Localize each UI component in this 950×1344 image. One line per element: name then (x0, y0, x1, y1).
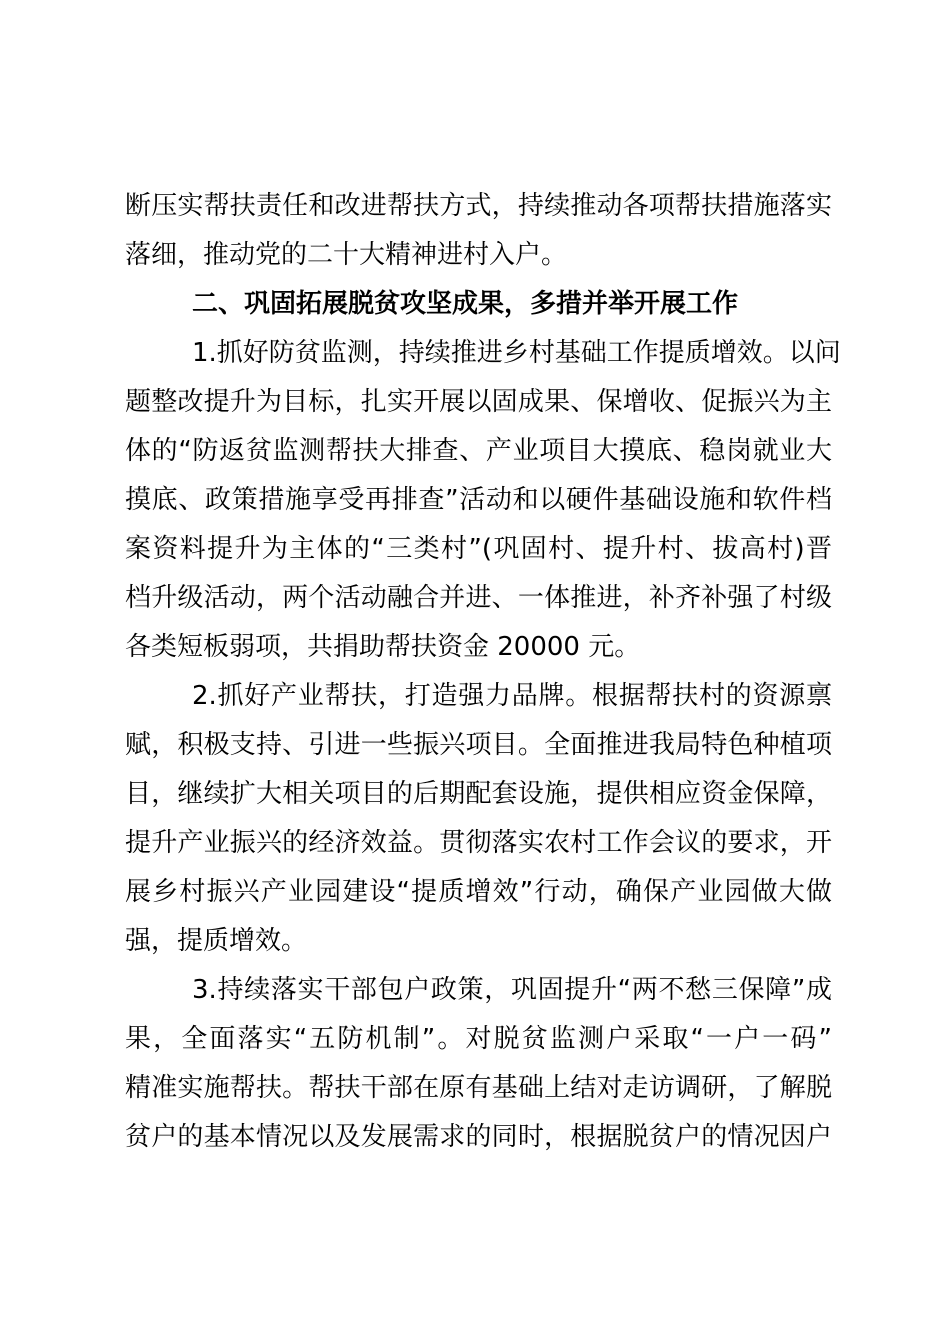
paragraph-item-3: 3.持续落实干部包户政策，巩固提升“两不愁三保障”成 果，全面落实“五防机制”。… (125, 966, 832, 1162)
text-line: 贫户的基本情况以及发展需求的同时，根据脱贫户的情况因户 (125, 1113, 832, 1162)
text-line: 3.持续落实干部包户政策，巩固提升“两不愁三保障”成 (125, 966, 832, 1015)
text-line: 档升级活动，两个活动融合并进、一体推进，补齐补强了村级 (125, 574, 832, 623)
text-line: 落细，推动党的二十大精神进村入户。 (125, 231, 832, 280)
text-line: 赋，积极支持、引进一些振兴项目。全面推进我局特色种植项 (125, 721, 832, 770)
text-line: 案资料提升为主体的“三类村”(巩固村、提升村、拔高村)晋 (125, 525, 832, 574)
section-heading: 二、巩固拓展脱贫攻坚成果，多措并举开展工作 (125, 280, 832, 329)
document-body: 断压实帮扶责任和改进帮扶方式，持续推动各项帮扶措施落实 落细，推动党的二十大精神… (125, 182, 832, 1162)
text-line: 2.抓好产业帮扶，打造强力品牌。根据帮扶村的资源禀 (125, 672, 832, 721)
paragraph-item-2: 2.抓好产业帮扶，打造强力品牌。根据帮扶村的资源禀 赋，积极支持、引进一些振兴项… (125, 672, 832, 966)
text-line: 强，提质增效。 (125, 917, 832, 966)
text-line: 1.抓好防贫监测，持续推进乡村基础工作提质增效。以问 (125, 329, 832, 378)
text-line: 体的“防返贫监测帮扶大排查、产业项目大摸底、稳岗就业大 (125, 427, 832, 476)
text-line: 题整改提升为目标，扎实开展以固成果、保增收、促振兴为主 (125, 378, 832, 427)
paragraph-item-1: 1.抓好防贫监测，持续推进乡村基础工作提质增效。以问 题整改提升为目标，扎实开展… (125, 329, 832, 672)
text-line: 摸底、政策措施享受再排查”活动和以硬件基础设施和软件档 (125, 476, 832, 525)
document-page: 断压实帮扶责任和改进帮扶方式，持续推动各项帮扶措施落实 落细，推动党的二十大精神… (0, 0, 950, 1344)
text-line: 提升产业振兴的经济效益。贯彻落实农村工作会议的要求，开 (125, 819, 832, 868)
text-line: 精准实施帮扶。帮扶干部在原有基础上结对走访调研，了解脱 (125, 1064, 832, 1113)
text-line: 展乡村振兴产业园建设“提质增效”行动，确保产业园做大做 (125, 868, 832, 917)
heading-line: 二、巩固拓展脱贫攻坚成果，多措并举开展工作 (125, 280, 832, 329)
text-line: 目，继续扩大相关项目的后期配套设施，提供相应资金保障， (125, 770, 832, 819)
text-line: 各类短板弱项，共捐助帮扶资金 20000 元。 (125, 623, 832, 672)
text-line: 果，全面落实“五防机制”。对脱贫监测户采取“一户一码” (125, 1015, 832, 1064)
paragraph-continuation: 断压实帮扶责任和改进帮扶方式，持续推动各项帮扶措施落实 落细，推动党的二十大精神… (125, 182, 832, 280)
text-line: 断压实帮扶责任和改进帮扶方式，持续推动各项帮扶措施落实 (125, 182, 832, 231)
